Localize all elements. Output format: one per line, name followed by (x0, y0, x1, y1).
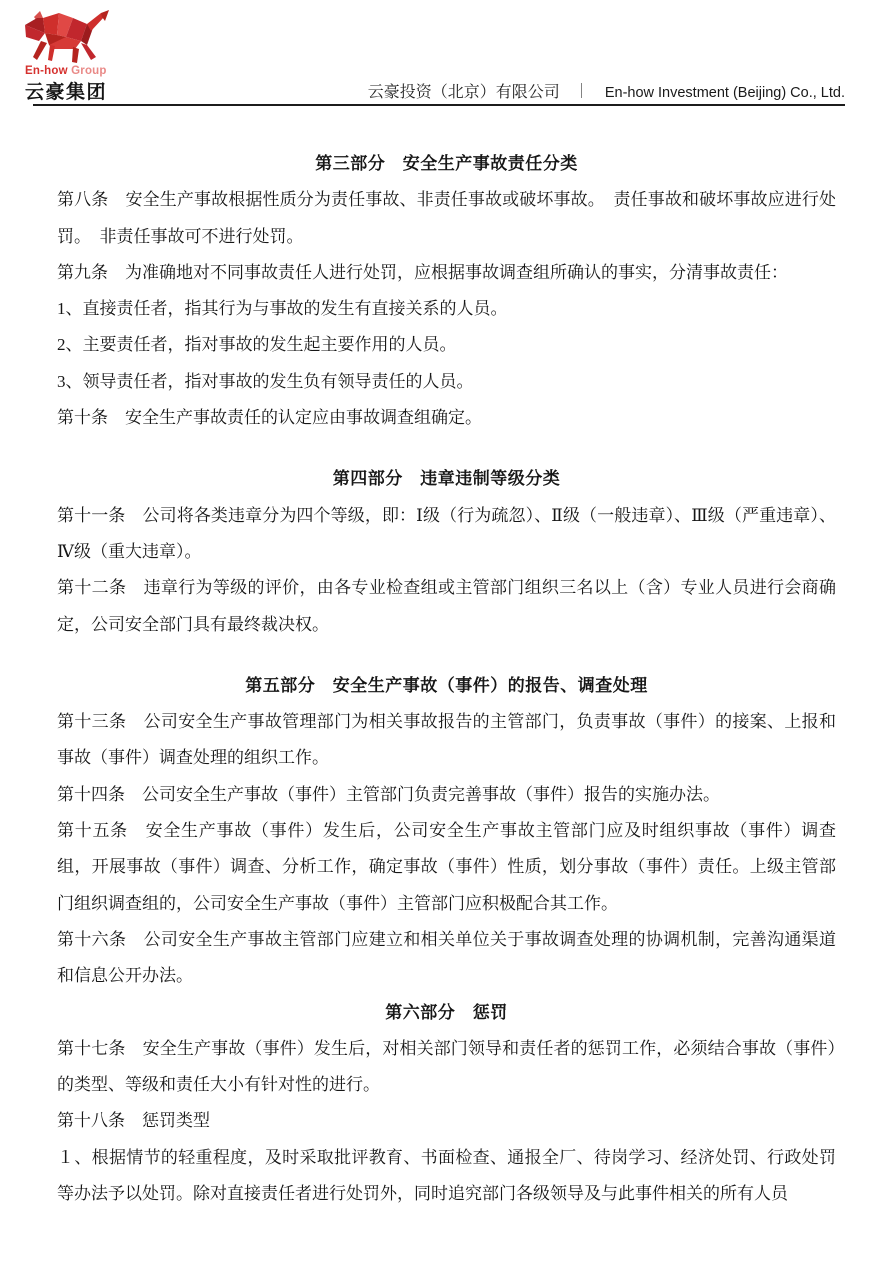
header-company-line: 云豪投资（北京）有限公司｜En-how Investment (Beijing)… (368, 79, 845, 102)
company-name-cn: 云豪投资（北京）有限公司 (368, 84, 560, 101)
section-heading-part3: 第三部分 安全生产事故责任分类 (57, 146, 836, 182)
paragraph-article-8: 第八条 安全生产事故根据性质分为责任事故、非责任事故或破坏事故。 责任事故和破坏… (57, 182, 836, 255)
paragraph-article-11: 第十一条 公司将各类违章分为四个等级，即：Ⅰ级（行为疏忽）、Ⅱ级（一般违章）、Ⅲ… (57, 498, 836, 571)
section-heading-part6: 第六部分 惩罚 (57, 995, 836, 1031)
list-item-3: 3、领导责任者，指对事故的发生负有领导责任的人员。 (57, 364, 836, 400)
section-heading-part4: 第四部分 违章违制等级分类 (57, 461, 836, 497)
logo-brand-en: En-how Group (25, 65, 145, 77)
section-heading-part5: 第五部分 安全生产事故（事件）的报告、调查处理 (57, 668, 836, 704)
paragraph-article-15: 第十五条 安全生产事故（事件）发生后，公司安全生产事故主管部门应及时组织事故（事… (57, 813, 836, 922)
document-page: En-how Group 云豪集团 云豪投资（北京）有限公司｜En-how In… (0, 0, 892, 1262)
list-item-1: 1、直接责任者，指其行为与事故的发生有直接关系的人员。 (57, 291, 836, 327)
logo-brand-cn: 云豪集团 (25, 77, 145, 104)
paragraph-article-16: 第十六条 公司安全生产事故主管部门应建立和相关单位关于事故调查处理的协调机制，完… (57, 922, 836, 995)
logo-brand-en-light: Group (71, 65, 107, 77)
logo-brand-en-bold: En-how (25, 65, 68, 77)
header-rule (33, 104, 845, 106)
paragraph-article-9: 第九条 为准确地对不同事故责任人进行处罚，应根据事故调查组所确认的事实，分清事故… (57, 255, 836, 291)
paragraph-article-14: 第十四条 公司安全生产事故（事件）主管部门负责完善事故（事件）报告的实施办法。 (57, 777, 836, 813)
list-item-2: 2、主要责任者，指对事故的发生起主要作用的人员。 (57, 327, 836, 363)
paragraph-article-13: 第十三条 公司安全生产事故管理部门为相关事故报告的主管部门，负责事故（事件）的接… (57, 704, 836, 777)
paragraph-article-17: 第十七条 安全生产事故（事件）发生后，对相关部门领导和责任者的惩罚工作，必须结合… (57, 1031, 836, 1104)
header-divider-bar: ｜ (574, 80, 589, 101)
paragraph-article-18: 第十八条 惩罚类型 (57, 1103, 836, 1139)
paragraph-article-12: 第十二条 违章行为等级的评价，由各专业检查组或主管部门组织三名以上（含）专业人员… (57, 570, 836, 643)
paragraph-penalty-item-1: １、根据情节的轻重程度，及时采取批评教育、书面检查、通报全厂、待岗学习、经济处罚… (57, 1140, 836, 1213)
company-name-en: En-how Investment (Beijing) Co., Ltd. (605, 85, 845, 101)
document-body: 第三部分 安全生产事故责任分类 第八条 安全生产事故根据性质分为责任事故、非责任… (57, 146, 836, 1212)
company-logo: En-how Group 云豪集团 (25, 10, 145, 104)
bull-logo-icon (25, 10, 109, 64)
paragraph-article-10: 第十条 安全生产事故责任的认定应由事故调查组确定。 (57, 400, 836, 436)
